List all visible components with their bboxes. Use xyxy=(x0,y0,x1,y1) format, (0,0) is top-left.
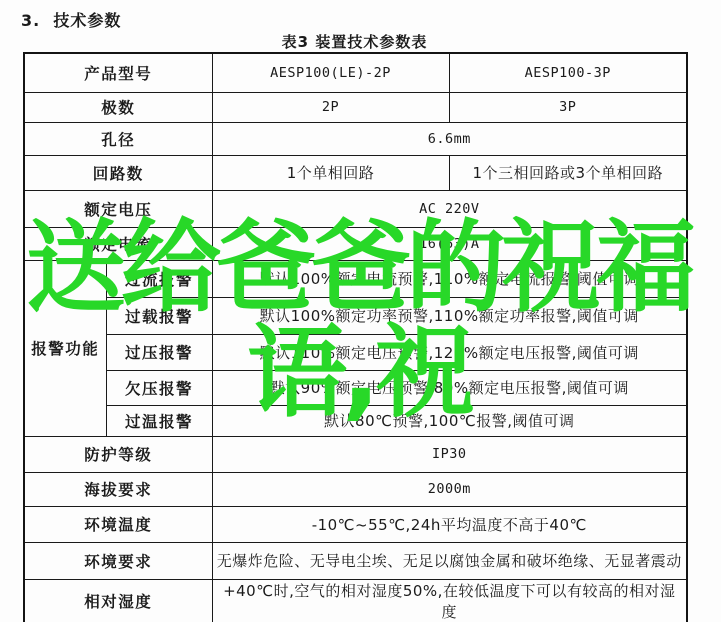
row-value: AESP100(LE)-2P xyxy=(212,53,449,92)
row-label: 回路数 xyxy=(24,155,212,190)
row-label: 环境温度 xyxy=(24,506,212,542)
row-label: 额定电压 xyxy=(24,190,212,227)
row-value: 3P xyxy=(449,92,687,122)
alarm-type: 过流报警 xyxy=(106,260,212,297)
params-table: 产品型号 AESP100(LE)-2P AESP100-3P 极数 2P 3P … xyxy=(23,52,688,622)
row-label: 相对湿度 xyxy=(24,579,212,622)
table-row: 产品型号 AESP100(LE)-2P AESP100-3P xyxy=(24,53,687,92)
row-value: AESP100-3P xyxy=(449,53,687,92)
alarm-type: 欠压报警 xyxy=(106,370,212,405)
table-row-alarm: 过压报警 默认110%额定电压预警,120%额定电压报警,阈值可调 xyxy=(24,334,687,370)
alarm-value: 默认80℃预警,100℃报警,阈值可调 xyxy=(212,405,687,436)
row-label: 极数 xyxy=(24,92,212,122)
row-value: 6.6mm xyxy=(212,122,687,155)
row-value: 2P xyxy=(212,92,449,122)
row-value: IP30 xyxy=(212,436,687,472)
row-value: -10℃~55℃,24h平均温度不高于40℃ xyxy=(212,506,687,542)
alarm-type: 过压报警 xyxy=(106,334,212,370)
row-value: 1个三相回路或3个单相回路 xyxy=(449,155,687,190)
table-row-alarm: 报警功能 过流报警 默认100%额定电流预警,110%额定电流报警,阈值可调 xyxy=(24,260,687,297)
row-label: 防护等级 xyxy=(24,436,212,472)
table-row: 环境要求 无爆炸危险、无导电尘埃、无足以腐蚀金属和破坏绝缘、无显著震动 xyxy=(24,542,687,579)
table-row: 海拔要求 2000m xyxy=(24,472,687,506)
alarm-type: 过温报警 xyxy=(106,405,212,436)
row-value: 1个单相回路 xyxy=(212,155,449,190)
alarm-value: 默认100%额定功率预警,110%额定功率报警,阈值可调 xyxy=(212,297,687,334)
table-title: 表3 装置技术参数表 xyxy=(23,31,686,52)
table-row-alarm: 过载报警 默认100%额定功率预警,110%额定功率报警,阈值可调 xyxy=(24,297,687,334)
row-value: 无爆炸危险、无导电尘埃、无足以腐蚀金属和破坏绝缘、无显著震动 xyxy=(212,542,687,579)
row-value: 2000m xyxy=(212,472,687,506)
row-label: 海拔要求 xyxy=(24,472,212,506)
row-label: 额定电流 xyxy=(24,227,212,260)
row-value: 16(63)A xyxy=(212,227,687,260)
table-row: 防护等级 IP30 xyxy=(24,436,687,472)
table-row: 环境温度 -10℃~55℃,24h平均温度不高于40℃ xyxy=(24,506,687,542)
table-row-alarm: 欠压报警 默认90%额定电压预警,80%额定电压报警,阈值可调 xyxy=(24,370,687,405)
table-row: 额定电流 16(63)A xyxy=(24,227,687,260)
table-row: 额定电压 AC 220V xyxy=(24,190,687,227)
row-value: +40℃时,空气的相对湿度50%,在较低温度下可以有较高的相对湿度 xyxy=(212,579,687,622)
alarm-value: 默认90%额定电压预警,80%额定电压报警,阈值可调 xyxy=(212,370,687,405)
table-row: 回路数 1个单相回路 1个三相回路或3个单相回路 xyxy=(24,155,687,190)
row-value: AC 220V xyxy=(212,190,687,227)
alarm-type: 过载报警 xyxy=(106,297,212,334)
alarm-group-label: 报警功能 xyxy=(24,260,106,436)
table-row: 极数 2P 3P xyxy=(24,92,687,122)
row-label: 环境要求 xyxy=(24,542,212,579)
section-heading: 3. 技术参数 xyxy=(21,8,121,31)
table-row: 孔径 6.6mm xyxy=(24,122,687,155)
table-row: 相对湿度 +40℃时,空气的相对湿度50%,在较低温度下可以有较高的相对湿度 xyxy=(24,579,687,622)
alarm-value: 默认100%额定电流预警,110%额定电流报警,阈值可调 xyxy=(212,260,687,297)
table-row-alarm: 过温报警 默认80℃预警,100℃报警,阈值可调 xyxy=(24,405,687,436)
row-label: 孔径 xyxy=(24,122,212,155)
alarm-value: 默认110%额定电压预警,120%额定电压报警,阈值可调 xyxy=(212,334,687,370)
row-label: 产品型号 xyxy=(24,53,212,92)
